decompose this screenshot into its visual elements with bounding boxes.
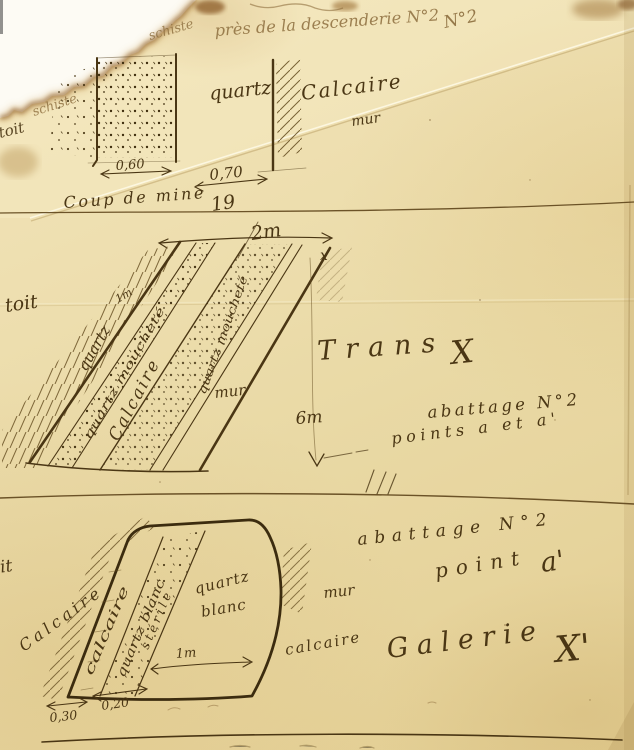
faint-smudges — [168, 702, 436, 710]
dimension-020-label: 0,20 — [100, 694, 130, 713]
note-point: point — [433, 546, 522, 583]
label-calcaire-left: Calcaire — [15, 584, 103, 655]
section-divider-2 — [0, 494, 634, 504]
dotted-vein — [98, 56, 174, 158]
bottom-sketch: toit Calcaire calcaire quartz blanc stér… — [0, 510, 622, 748]
dimension-030-label: 0,30 — [49, 707, 78, 725]
label-mur: mur — [323, 581, 357, 602]
hatching-right-of-vein — [276, 58, 302, 158]
fill-label-quartz: quartz — [193, 567, 251, 598]
label-galerie-mark: X' — [550, 627, 592, 671]
hatching-right — [280, 542, 312, 614]
point-mark-x: x — [320, 248, 328, 264]
middle-sketch: 2m toit 1m quartz quartz moucheté Calcai… — [0, 219, 634, 504]
cut-off-marks — [230, 745, 374, 748]
scanned-notebook-page: près de la descenderie N°2 N°2 schiste s… — [0, 0, 634, 750]
dimension-2m: 2m — [249, 219, 283, 245]
dimension-060: 0,60 — [115, 157, 145, 174]
stain-blob — [195, 0, 225, 14]
dimension-070: 0,70 — [209, 163, 245, 184]
note-abattage: abattage N°2 — [356, 510, 547, 550]
dimension-030: 0,30 — [47, 698, 87, 725]
scan-edge-mark — [0, 0, 3, 34]
fill-label-blanc: blanc — [200, 595, 248, 621]
note-point-mark: a' — [539, 545, 567, 579]
label-mur: mur — [214, 381, 248, 402]
top-sketch: quartz Calcaire mur 0,60 0,70 Coup de mi… — [0, 54, 634, 216]
bottom-rule-line — [42, 734, 622, 742]
handwritten-sketch-layer: près de la descenderie N°2 N°2 schiste s… — [0, 0, 634, 750]
dimension-1m-label: 1m — [175, 646, 197, 662]
label-galerie: Galerie — [385, 616, 538, 665]
title-trans: Trans — [316, 328, 436, 367]
label-calcaire-right: calcaire — [284, 628, 361, 659]
tick-marks — [366, 470, 396, 494]
label-mur: mur — [350, 110, 382, 130]
label-toit: toit — [0, 556, 14, 580]
dimension-1m: 1m — [151, 646, 252, 674]
dimension-6m-label: 6m — [295, 407, 323, 429]
base-tick — [258, 168, 306, 172]
title-mark-x: X — [446, 332, 477, 373]
label-toit: toit — [4, 291, 40, 317]
